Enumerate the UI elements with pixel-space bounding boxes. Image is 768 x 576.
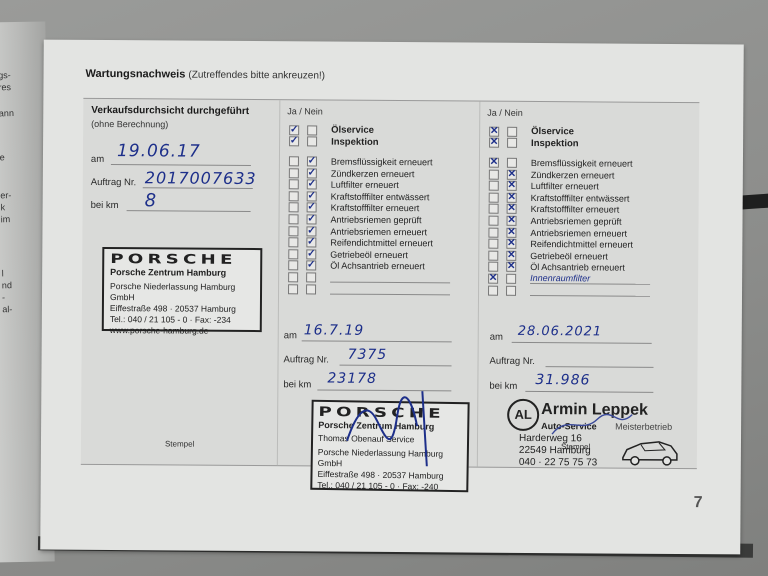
checklist-label: Innenraumfilter	[530, 273, 650, 285]
checklist-label: Luftfilter erneuert	[531, 181, 599, 191]
ja-checkbox[interactable]	[488, 285, 498, 295]
checklist-row: Bremsflüssigkeit erneuert	[289, 155, 433, 168]
nein-checkbox[interactable]	[307, 214, 317, 224]
nein-checkbox[interactable]	[307, 203, 317, 213]
checklist-row: Getriebeöl erneuert	[288, 248, 408, 260]
ja-checkbox[interactable]	[488, 262, 498, 272]
title-bold: Wartungsnachweis	[86, 68, 186, 81]
ja-checkbox[interactable]	[489, 192, 499, 202]
left-page-text: al-	[2, 304, 12, 314]
checklist-label: Reifendichtmittel erneuert	[330, 238, 433, 249]
checklist-label: Antriebsriemen erneuert	[330, 226, 427, 237]
order-label: Auftrag Nr.	[284, 354, 329, 365]
porsche-stamp: PORSCHE Porsche Zentrum Hamburg Porsche …	[102, 247, 263, 332]
ja-checkbox[interactable]	[289, 214, 299, 224]
checklist-label: Kraftstofffilter entwässert	[331, 191, 430, 202]
checklist-label: Kraftstofffilter entwässert	[531, 193, 630, 204]
date-label: am	[91, 154, 104, 165]
checklist-row: Bremsflüssigkeit erneuert	[489, 157, 633, 170]
nein-checkbox[interactable]	[307, 168, 317, 178]
nein-checkbox[interactable]	[307, 156, 317, 166]
checklist-label: Zündkerzen erneuert	[531, 170, 615, 181]
stamp-name: Porsche Zentrum Hamburg	[110, 267, 254, 278]
checklist-label: Kraftstofffilter erneuert	[331, 203, 420, 214]
ja-checkbox[interactable]	[289, 125, 299, 135]
checklist-row: Öl Achsantrieb erneuert	[288, 260, 425, 272]
nein-checkbox[interactable]	[306, 284, 316, 294]
nein-checkbox[interactable]	[506, 239, 516, 249]
left-page-text: er-	[0, 190, 11, 200]
left-page-text: e	[0, 152, 5, 162]
checklist-label: Reifendichtmittel erneuert	[530, 239, 633, 250]
checklist-row: Reifendichtmittel erneuert	[488, 238, 633, 251]
checklist-label: Ölservice	[331, 125, 374, 136]
nein-checkbox[interactable]	[307, 125, 317, 135]
ja-checkbox[interactable]	[289, 179, 299, 189]
ja-checkbox[interactable]	[489, 204, 499, 214]
order-label: Auftrag Nr.	[91, 177, 136, 188]
ja-checkbox[interactable]	[489, 169, 499, 179]
ja-checkbox[interactable]	[288, 284, 298, 294]
order-label: Auftrag Nr.	[490, 356, 535, 367]
leppek-stamp: AL Armin Leppek Auto-Service Meisterbetr…	[507, 399, 698, 480]
left-page-text: ann	[0, 108, 14, 118]
nein-checkbox[interactable]	[507, 169, 517, 179]
ja-checkbox[interactable]	[489, 126, 499, 136]
car-icon	[619, 436, 681, 468]
ja-checkbox[interactable]	[288, 272, 298, 282]
stamp-label: Stempel	[165, 439, 194, 448]
date-value[interactable]: 19.06.17	[117, 141, 201, 162]
checklist-label: Öl Achsantrieb erneuert	[530, 262, 625, 273]
nein-checkbox[interactable]	[506, 285, 516, 295]
checklist-row: Kraftstofffilter erneuert	[289, 202, 420, 214]
nein-checkbox[interactable]	[506, 262, 516, 272]
ja-checkbox[interactable]	[488, 239, 498, 249]
order-value[interactable]: 7375	[348, 347, 388, 363]
checklist-row: Getriebeöl erneuert	[488, 250, 608, 262]
checklist-label: Getriebeöl erneuert	[330, 249, 408, 260]
ja-nein-header: Ja / Nein	[287, 106, 323, 116]
ja-checkbox[interactable]	[289, 191, 299, 201]
km-label: bei km	[489, 381, 517, 392]
checklist-label: Inspektion	[331, 136, 379, 147]
checklist-row: Öl Achsantrieb erneuert	[488, 261, 625, 273]
checklist-label: Getriebeöl erneuert	[530, 251, 608, 262]
document-page: Wartungsnachweis (Zutreffendes bitte ank…	[40, 40, 744, 555]
nein-checkbox[interactable]	[306, 272, 316, 282]
nein-checkbox[interactable]	[507, 127, 517, 137]
nein-checkbox[interactable]	[306, 238, 316, 248]
checklist-row: Reifendichtmittel erneuert	[288, 237, 433, 250]
ja-nein-header: Ja / Nein	[487, 108, 523, 118]
ja-checkbox[interactable]	[289, 156, 299, 166]
checklist-row: Ölservice	[489, 126, 574, 138]
checklist-label: Antriebsriemen geprüft	[530, 216, 621, 227]
ja-checkbox[interactable]	[288, 261, 298, 271]
ja-checkbox[interactable]	[489, 158, 499, 168]
order-line	[546, 366, 654, 368]
column-service-2019: Ja / Nein ÖlserviceInspektionBremsflüssi…	[277, 100, 480, 466]
nein-checkbox[interactable]	[307, 137, 317, 147]
page-number: 7	[694, 494, 703, 512]
nein-checkbox[interactable]	[506, 251, 516, 261]
nein-checkbox[interactable]	[507, 193, 517, 203]
ja-checkbox[interactable]	[289, 168, 299, 178]
left-page-text: gs-	[0, 70, 11, 80]
ja-checkbox[interactable]	[489, 181, 499, 191]
km-line	[525, 391, 653, 393]
stamp-line4: www.porsche-hamburg.de	[110, 325, 254, 337]
checklist-row: Luftfilter erneuert	[489, 180, 599, 192]
blank-line[interactable]	[530, 295, 650, 297]
ja-checkbox[interactable]	[288, 226, 298, 236]
checklist-label: Kraftstofffilter erneuert	[531, 204, 620, 215]
checklist-row: Inspektion	[289, 136, 379, 148]
nein-checkbox[interactable]	[507, 181, 517, 191]
left-page-text: -	[2, 292, 5, 302]
checklist-label: Ölservice	[531, 126, 574, 137]
nein-checkbox[interactable]	[507, 204, 517, 214]
left-page-text: res	[0, 82, 11, 92]
checklist-row: Ölservice	[289, 124, 374, 136]
checklist-row	[288, 271, 450, 284]
signature-icon	[337, 381, 448, 472]
stamp-line1: Porsche Niederlassung Hamburg GmbH	[110, 281, 254, 304]
date-value[interactable]: 16.7.19	[304, 322, 365, 338]
nein-checkbox[interactable]	[306, 226, 316, 236]
ja-checkbox[interactable]	[489, 138, 499, 148]
blank-line[interactable]	[330, 294, 450, 296]
checklist-row: Antriebsriemen geprüft	[289, 213, 422, 225]
column-sales-inspection: Verkaufsdurchsicht durchgeführt (ohne Be…	[81, 99, 280, 465]
km-label: bei km	[283, 379, 311, 390]
nein-checkbox[interactable]	[507, 216, 517, 226]
checklist-label: Zündkerzen erneuert	[331, 168, 415, 179]
checklist-row: Innenraumfilter	[488, 273, 650, 286]
checklist-label: Inspektion	[531, 138, 579, 149]
nein-checkbox[interactable]	[507, 158, 517, 168]
title-sub: (Zutreffendes bitte ankreuzen!)	[188, 70, 325, 82]
nein-checkbox[interactable]	[307, 191, 317, 201]
order-line	[340, 365, 452, 367]
checklist-row: Inspektion	[489, 137, 579, 149]
nein-checkbox[interactable]	[506, 227, 516, 237]
nein-checkbox[interactable]	[306, 261, 316, 271]
stamp-line3: Tel.: 040 / 21 105 - 0 · Fax: -240	[317, 480, 461, 493]
col1-heading: Verkaufsdurchsicht durchgeführt	[91, 105, 249, 117]
checklist-label: Luftfilter erneuert	[331, 180, 399, 190]
checklist-label: Bremsflüssigkeit erneuert	[531, 158, 633, 169]
order-value[interactable]: 2017007633	[145, 168, 257, 188]
ja-checkbox[interactable]	[289, 137, 299, 147]
col1-subheading: (ohne Berechnung)	[91, 119, 168, 130]
left-page-text: l	[2, 268, 4, 278]
left-page-text: k	[0, 202, 5, 212]
date-line	[302, 340, 452, 342]
checklist-label: Antriebsriemen erneuert	[530, 228, 627, 239]
nein-checkbox[interactable]	[306, 249, 316, 259]
stamp-line2: 22549 Hamburg	[519, 445, 597, 458]
nein-checkbox[interactable]	[307, 180, 317, 190]
checklist-label: Bremsflüssigkeit erneuert	[331, 157, 433, 168]
nein-checkbox[interactable]	[507, 138, 517, 148]
page-title: Wartungsnachweis (Zutreffendes bitte ank…	[86, 68, 326, 82]
checklist-row: Antriebsriemen geprüft	[488, 215, 621, 227]
ja-checkbox[interactable]	[289, 203, 299, 213]
left-page-text: nd	[2, 280, 12, 290]
signature-icon	[547, 409, 637, 440]
stamp-line3: 040 · 22 75 75 73	[519, 457, 597, 470]
ja-checkbox[interactable]	[288, 237, 298, 247]
km-value[interactable]: 31.986	[535, 372, 590, 388]
km-value[interactable]: 8	[145, 190, 158, 211]
checklist-label: Öl Achsantrieb erneuert	[330, 261, 425, 272]
checklist-row: Luftfilter erneuert	[289, 179, 399, 191]
checklist-label: Antriebsriemen geprüft	[331, 215, 422, 226]
km-label: bei km	[91, 200, 119, 211]
checklist-row	[288, 283, 450, 296]
nein-checkbox[interactable]	[506, 274, 516, 284]
ja-checkbox[interactable]	[488, 227, 498, 237]
date-value[interactable]: 28.06.2021	[518, 324, 603, 340]
ja-checkbox[interactable]	[488, 250, 498, 260]
date-label: am	[490, 332, 503, 343]
date-line	[512, 342, 652, 344]
left-page-text: im	[1, 214, 11, 224]
ja-checkbox[interactable]	[488, 274, 498, 284]
ja-checkbox[interactable]	[489, 216, 499, 226]
date-label: am	[284, 330, 297, 341]
leppek-logo: AL	[507, 399, 539, 431]
date-line	[111, 164, 251, 166]
ja-checkbox[interactable]	[288, 249, 298, 259]
checklist-row	[488, 284, 650, 297]
